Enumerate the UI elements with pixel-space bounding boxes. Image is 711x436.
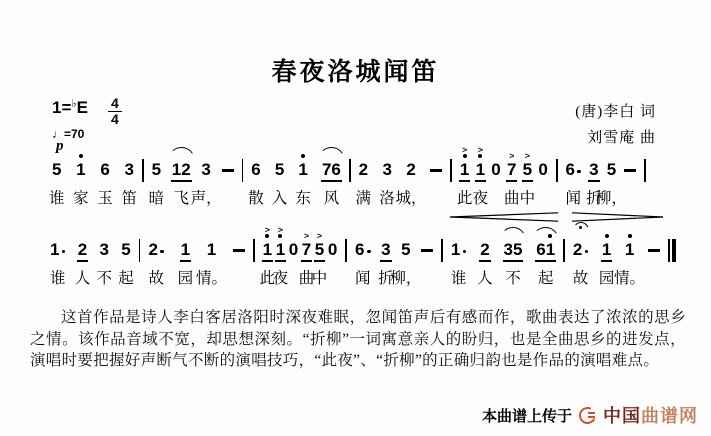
note-group: 1	[49, 226, 66, 262]
measure: 2满3洛2城，	[351, 146, 451, 182]
dash-note	[623, 146, 637, 182]
duration-dash-icon	[222, 169, 234, 172]
lyric: 起	[118, 266, 134, 288]
note: 61起	[535, 226, 556, 262]
measure: 6闻3折5柳，	[347, 226, 441, 262]
lyric: 故	[573, 266, 589, 288]
accent-icon: >	[509, 152, 514, 159]
note: 5柳，	[606, 146, 617, 182]
measure: 1谁2人35不61起	[443, 226, 563, 262]
lyric: 飞	[173, 186, 189, 208]
digit-column: 0	[538, 146, 547, 180]
digit-column: 1	[298, 146, 307, 180]
note: 2满	[358, 146, 369, 182]
lyric: 家	[73, 186, 89, 208]
site-name-primary: 中国	[603, 406, 641, 426]
barline	[644, 159, 646, 182]
octave-dot-icon	[478, 154, 482, 158]
note: 6玉	[99, 146, 110, 182]
digit-column: >5	[523, 146, 532, 180]
measure: >1此>1夜0>7曲>5中0	[452, 146, 556, 182]
fermata-icon	[572, 222, 589, 232]
digit-column: 3	[589, 146, 598, 180]
augmentation-dot-icon	[160, 250, 164, 254]
rest-note: 0	[327, 226, 338, 262]
lyric: 散	[248, 186, 264, 208]
note-group: 35	[503, 226, 524, 262]
note: >5中	[522, 146, 533, 182]
digit-column: >1	[476, 146, 485, 180]
note: 1家	[75, 146, 86, 182]
accent-icon: >	[278, 226, 283, 233]
lyric: 闻	[565, 186, 581, 208]
note-group: 1	[180, 226, 191, 262]
note-group: 2	[572, 226, 589, 262]
measure: >1此>1夜0>7曲>5中0	[255, 226, 346, 262]
dash-note	[420, 226, 434, 262]
digit-column: 2	[148, 226, 157, 260]
lyric: 故	[148, 266, 164, 288]
note: 2故	[572, 226, 589, 262]
note: 76风	[321, 146, 342, 182]
note-group: 5	[606, 146, 617, 182]
note-group: 1	[450, 226, 467, 262]
note: 5谁	[51, 146, 62, 182]
site-name-secondary: 曲谱网	[641, 406, 698, 426]
digit-column: >5	[315, 226, 324, 260]
note: 5柳，	[400, 226, 411, 262]
digit-column: 1	[602, 226, 611, 260]
crescendo-hairpin	[449, 212, 559, 222]
note-group: >7	[506, 146, 517, 182]
note: >7曲	[301, 226, 312, 262]
lyric: 洛	[379, 186, 395, 208]
lyric: 情。	[196, 266, 227, 288]
note-group: >5	[314, 226, 325, 262]
note: 2人	[77, 226, 88, 262]
digit-column: 3	[201, 146, 210, 180]
digit-column: 1	[207, 226, 216, 260]
note-group: 1	[601, 226, 612, 262]
digit-column: 0	[328, 226, 337, 260]
note-group	[232, 226, 246, 262]
digit-column: >7	[302, 226, 311, 260]
note: >1夜	[475, 146, 486, 182]
lyric: 满	[356, 186, 372, 208]
lyric: 人	[75, 266, 91, 288]
note-group: 3	[380, 226, 391, 262]
note-group: 3	[200, 146, 211, 182]
augmentation-dot-icon	[463, 250, 467, 254]
accent-icon: >	[478, 146, 483, 153]
note: 3不	[99, 226, 110, 262]
lyric: 城，	[396, 186, 427, 208]
dash-note	[221, 146, 235, 182]
note: 1谁	[450, 226, 467, 262]
digit-column: 0	[289, 226, 298, 260]
note: 1情。	[206, 226, 217, 262]
measure: 5暗12飞3声，	[144, 146, 242, 182]
note-group: 12	[171, 146, 192, 182]
digit-column: 1	[50, 226, 59, 260]
rest-note: 0	[537, 146, 548, 182]
measure: 2故1园1情。	[140, 226, 252, 262]
note-group	[221, 146, 235, 182]
note: 2人	[479, 226, 490, 262]
note: 3洛	[381, 146, 392, 182]
digit-column: 2	[78, 226, 87, 260]
note: 5入	[274, 146, 285, 182]
octave-dot-icon	[605, 234, 609, 238]
lyric: 中	[520, 186, 536, 208]
lyric: 园	[599, 266, 615, 288]
note-group: 2	[479, 226, 490, 262]
note-group: 6	[250, 146, 261, 182]
digit-column: 5	[401, 226, 410, 260]
lyric: 不	[505, 266, 521, 288]
rest-note: 0	[288, 226, 299, 262]
note-group: 1	[206, 226, 217, 262]
note-group: 2	[358, 146, 369, 182]
dash-note	[232, 226, 246, 262]
lyric: 中	[312, 266, 328, 288]
lyric: 风	[324, 186, 340, 208]
note: 1园	[601, 226, 612, 262]
digit-column: 6	[251, 146, 260, 180]
dash-note	[429, 146, 443, 182]
duration-dash-icon	[648, 249, 660, 252]
note: 1园	[180, 226, 191, 262]
note-group: 2	[405, 146, 416, 182]
decrescendo-hairpin	[571, 212, 664, 222]
lyric: 谁	[451, 266, 467, 288]
digit-column: 1	[76, 146, 85, 180]
site-logo-icon	[579, 407, 596, 424]
digit-column: >1	[263, 226, 272, 260]
lyric: 柳，	[596, 186, 627, 208]
lyric: 谁	[49, 186, 65, 208]
lyric: 声，	[191, 186, 222, 208]
lyric: 人	[477, 266, 493, 288]
duration-dash-icon	[233, 249, 245, 252]
measure: 2故1园1情。	[565, 226, 668, 262]
note: 3折	[588, 146, 599, 182]
note-group: 3	[588, 146, 599, 182]
digit-column: 6	[355, 226, 364, 260]
note: 2故	[147, 226, 164, 262]
digit-column: 2	[480, 226, 489, 260]
digit-column: >1	[276, 226, 285, 260]
note-group: 61	[535, 226, 556, 262]
lyric: 起	[538, 266, 554, 288]
digit-column: >7	[507, 146, 516, 180]
final-barline	[668, 239, 676, 262]
note-group: 3	[381, 146, 392, 182]
note-group: 0	[327, 226, 338, 262]
note: 2城，	[405, 146, 416, 182]
digit-column: 2	[359, 146, 368, 180]
note: 12飞	[171, 146, 192, 182]
digit-column: 5	[52, 146, 61, 180]
lyric: 谁	[50, 266, 66, 288]
note: 5起	[120, 226, 131, 262]
music-line: 1谁2人3不5起2故1园1情。>1此>1夜0>7曲>5中06闻3折5柳，1谁2人…	[42, 226, 676, 262]
digit-column: >1	[460, 146, 469, 180]
duration-dash-icon	[624, 169, 636, 172]
digit-column: 5	[607, 146, 616, 180]
digit-column: 1	[625, 226, 634, 260]
augmentation-dot-icon	[577, 170, 581, 174]
note-group: 1	[624, 226, 635, 262]
note: 1东	[297, 146, 308, 182]
note: 35不	[503, 226, 524, 262]
note: 6闻	[354, 226, 371, 262]
lyric: 园	[178, 266, 194, 288]
lyric: 情。	[614, 266, 645, 288]
lyric: 曲	[504, 186, 520, 208]
note: 1情。	[624, 226, 635, 262]
note: 5暗	[151, 146, 162, 182]
duration-dash-icon	[430, 169, 442, 172]
accent-icon: >	[462, 146, 467, 153]
lyric: 柳，	[390, 266, 421, 288]
note-group: >1	[262, 226, 273, 262]
digit-column: 6	[566, 146, 575, 180]
note-group: 0	[288, 226, 299, 262]
lyric: 夜	[473, 186, 489, 208]
note-group: >5	[522, 146, 533, 182]
note-group: 5	[274, 146, 285, 182]
note: 1谁	[49, 226, 66, 262]
digit-column: 3	[382, 146, 391, 180]
note-group: 5	[400, 226, 411, 262]
note: 6散	[250, 146, 261, 182]
duration-dash-icon	[421, 249, 433, 252]
accent-icon: >	[304, 232, 309, 239]
dash-note	[647, 226, 661, 262]
digit-column: 5	[121, 226, 130, 260]
note-group: 76	[321, 146, 342, 182]
measure: 1谁2人3不5起	[42, 226, 139, 262]
digit-column: 1	[451, 226, 460, 260]
lyric: 笛	[121, 186, 137, 208]
accent-icon: >	[317, 232, 322, 239]
note-group: 6	[99, 146, 110, 182]
octave-dot-icon	[79, 154, 83, 158]
note-group: 5	[51, 146, 62, 182]
note: >7曲	[506, 146, 517, 182]
lyric: 入	[272, 186, 288, 208]
note: 3笛	[123, 146, 134, 182]
digit-column: 3	[381, 226, 390, 260]
note-group: 5	[120, 226, 131, 262]
lyric: 玉	[97, 186, 113, 208]
octave-dot-icon	[301, 154, 305, 158]
note-group: 0	[490, 146, 501, 182]
note-group: >1	[475, 146, 486, 182]
lyric: 暗	[149, 186, 165, 208]
note: 3声，	[200, 146, 211, 182]
accent-icon: >	[525, 152, 530, 159]
note: >1此	[459, 146, 470, 182]
octave-dot-icon	[463, 154, 467, 158]
note-group	[429, 146, 443, 182]
note-group: 0	[537, 146, 548, 182]
note-group: 5	[151, 146, 162, 182]
sheet-music-page: 春夜洛城闻笛 1=♭E 4 4 ♩=70 p (唐)李白 词 刘雪庵 曲 5谁1…	[0, 0, 711, 436]
note: >1此	[262, 226, 273, 262]
accent-icon: >	[265, 226, 270, 233]
note: >1夜	[275, 226, 286, 262]
upload-label: 本曲谱上传于	[482, 405, 572, 426]
site-name: 中国曲谱网	[603, 402, 698, 428]
note: 3折	[380, 226, 391, 262]
octave-dot-icon	[278, 234, 282, 238]
digit-column: 0	[491, 146, 500, 180]
octave-dot-icon	[628, 234, 632, 238]
digit-column: 5	[275, 146, 284, 180]
note-group: >1	[459, 146, 470, 182]
note-group: 1	[75, 146, 86, 182]
measure: 5谁1家6玉3笛	[44, 146, 142, 182]
augmentation-dot-icon	[585, 250, 589, 254]
lyric: 夜	[273, 266, 289, 288]
note-group: 1	[297, 146, 308, 182]
measure: 6散5入1东76风	[243, 146, 349, 182]
rest-note: 0	[490, 146, 501, 182]
digit-column: 2	[406, 146, 415, 180]
lyric: 闻	[355, 266, 371, 288]
digit-column: 1	[181, 226, 190, 260]
note: 6闻	[565, 146, 582, 182]
octave-dot-icon	[265, 234, 269, 238]
digit-column: 3	[100, 226, 109, 260]
note-group	[420, 226, 434, 262]
digit-column: 5	[152, 146, 161, 180]
note-group: 2	[77, 226, 88, 262]
note-group: 6	[565, 146, 582, 182]
lyric: 此	[457, 186, 473, 208]
lyric: 东	[295, 186, 311, 208]
note-group	[647, 226, 661, 262]
note-group: 3	[123, 146, 134, 182]
note-group	[623, 146, 637, 182]
digit-column: 6	[100, 146, 109, 180]
footer: 本曲谱上传于 中国曲谱网	[482, 402, 698, 428]
digit-column: 3	[124, 146, 133, 180]
note-group: >7	[301, 226, 312, 262]
augmentation-dot-icon	[62, 250, 66, 254]
music-line: 5谁1家6玉3笛5暗12飞3声，6散5入1东76风2满3洛2城，>1此>1夜0>…	[44, 146, 646, 182]
description-paragraph: 这首作品是诗人李白客居洛阳时深夜难眠，忽闻笛声后有感而作，歌曲表达了浓浓的思乡之…	[30, 307, 686, 372]
augmentation-dot-icon	[367, 250, 371, 254]
note-group: 6	[354, 226, 371, 262]
note: >5中	[314, 226, 325, 262]
measure: 6闻3折5柳，	[558, 146, 645, 182]
note-group: 3	[99, 226, 110, 262]
note-group: 2	[147, 226, 164, 262]
note-group: >1	[275, 226, 286, 262]
lyric: 不	[97, 266, 113, 288]
